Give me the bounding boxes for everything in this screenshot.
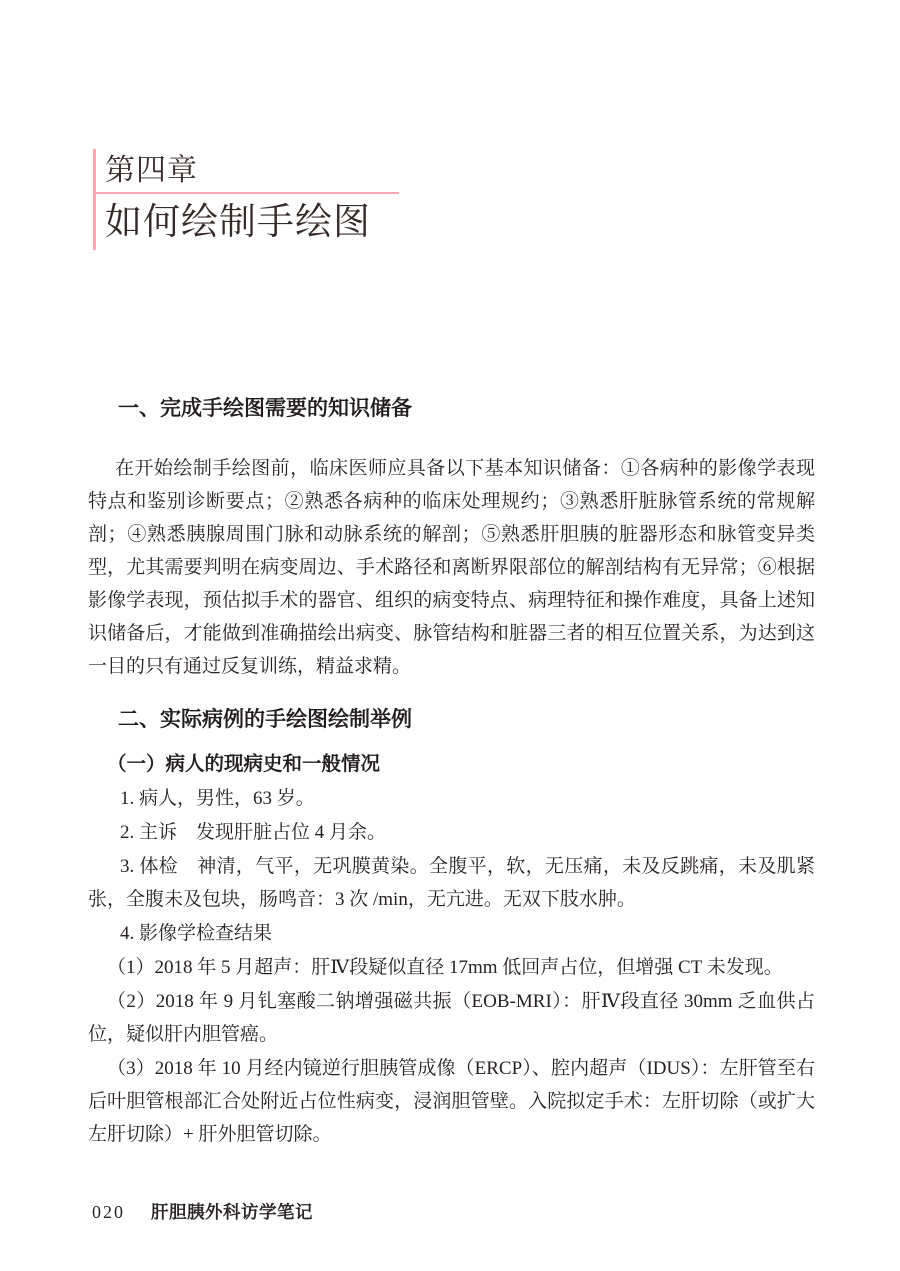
footer-page-number: 020 — [92, 1202, 125, 1222]
book-page: 第四章 如何绘制手绘图 一、完成手绘图需要的知识储备 在开始绘制手绘图前，临床医… — [0, 0, 900, 1271]
physical-exam-item: 3. 体检 神清，气平，无巩膜黄染。全腹平，软，无压痛，未及反跳痛，未及肌紧张，… — [88, 850, 815, 916]
page-footer: 020肝胆胰外科访学笔记 — [92, 1200, 313, 1224]
subsection-1-heading: （一）病人的现病史和一般情况 — [88, 748, 815, 781]
imaging-results-heading-item: 4. 影像学检查结果 — [88, 917, 815, 950]
imaging-item-3-ercp-idus: （3）2018 年 10 月经内镜逆行胆胰管成像（ERCP）、腔内超声（IDUS… — [88, 1052, 815, 1151]
section-1-paragraph: 在开始绘制手绘图前，临床医师应具备以下基本知识储备：①各病种的影像学表现特点和鉴… — [88, 452, 815, 683]
section-1-heading: 一、完成手绘图需要的知识储备 — [88, 392, 815, 425]
imaging-item-1-ultrasound: （1）2018 年 5 月超声：肝Ⅳ段疑似直径 17mm 低回声占位，但增强 C… — [88, 951, 815, 984]
chapter-header: 第四章 如何绘制手绘图 — [93, 149, 399, 250]
imaging-item-2-eob-mri: （2）2018 年 9 月钆塞酸二钠增强磁共振（EOB-MRI）：肝Ⅳ段直径 3… — [88, 985, 815, 1051]
footer-book-title: 肝胆胰外科访学笔记 — [151, 1202, 313, 1222]
section-2-heading: 二、实际病例的手绘图绘制举例 — [88, 703, 815, 736]
patient-info-item: 1. 病人，男性，63 岁。 — [88, 782, 815, 815]
chapter-number: 第四章 — [105, 149, 399, 192]
chief-complaint-item: 2. 主诉 发现肝脏占位 4 月余。 — [88, 816, 815, 849]
chapter-title: 如何绘制手绘图 — [105, 194, 399, 250]
page-content: 一、完成手绘图需要的知识储备 在开始绘制手绘图前，临床医师应具备以下基本知识储备… — [88, 392, 815, 1151]
